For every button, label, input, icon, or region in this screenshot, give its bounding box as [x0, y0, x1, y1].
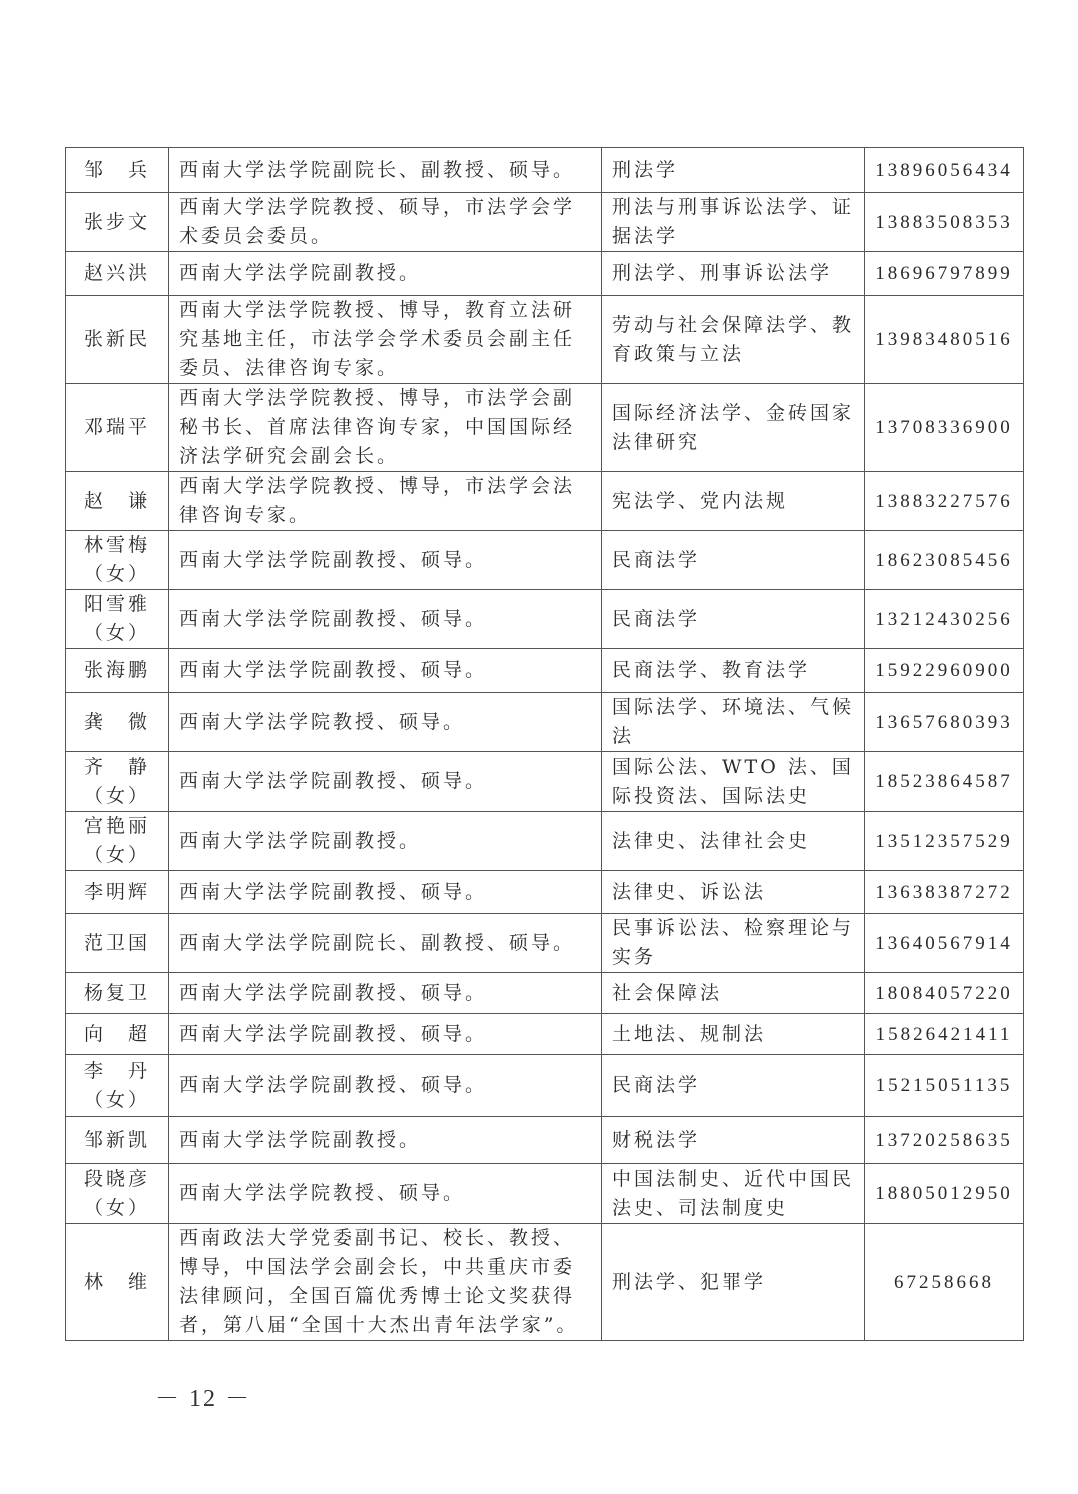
person-name: 林雪梅: [76, 531, 158, 560]
table-row: 张步文 西南大学法学院教授、硕导，市法学会学术委员会委员。 刑法与刑事诉讼法学、…: [66, 193, 1024, 252]
title-description-cell: 西南大学法学院副教授、硕导。: [169, 649, 602, 693]
phone-cell: 13640567914: [865, 914, 1024, 973]
phone-cell: 18523864587: [865, 752, 1024, 812]
person-name: 向 超: [76, 1020, 158, 1049]
name-cell: 宫艳丽 （女）: [66, 812, 169, 871]
person-name: 邹 兵: [76, 156, 158, 185]
person-name: 李明辉: [76, 878, 158, 907]
name-cell: 李 丹 （女）: [66, 1055, 169, 1117]
table-row: 林 维 西南政法大学党委副书记、校长、教授、博导，中国法学会副会长，中共重庆市委…: [66, 1224, 1024, 1341]
name-cell: 李明辉: [66, 871, 169, 914]
table-row: 齐 静 （女） 西南大学法学院副教授、硕导。 国际公法、WTO 法、国际投资法、…: [66, 752, 1024, 812]
table-row: 张新民 西南大学法学院教授、博导，教育立法研究基地主任，市法学会学术委员会副主任…: [66, 296, 1024, 384]
name-cell: 齐 静 （女）: [66, 752, 169, 812]
title-description-cell: 西南大学法学院副教授、硕导。: [169, 590, 602, 649]
research-field-cell: 刑法学: [602, 148, 865, 193]
gender-note: （女）: [76, 560, 158, 589]
table-row: 邹 兵 西南大学法学院副院长、副教授、硕导。 刑法学 13896056434: [66, 148, 1024, 193]
title-description-cell: 西南大学法学院副院长、副教授、硕导。: [169, 914, 602, 973]
research-field-cell: 民商法学: [602, 1055, 865, 1117]
table-row: 范卫国 西南大学法学院副院长、副教授、硕导。 民事诉讼法、检察理论与实务 136…: [66, 914, 1024, 973]
research-field-cell: 民商法学、教育法学: [602, 649, 865, 693]
gender-note: （女）: [76, 1086, 158, 1115]
phone-cell: 15922960900: [865, 649, 1024, 693]
table-row: 邓瑞平 西南大学法学院教授、博导，市法学会副秘书长、首席法律咨询专家，中国国际经…: [66, 384, 1024, 472]
phone-cell: 13896056434: [865, 148, 1024, 193]
person-name: 邹新凯: [76, 1126, 158, 1155]
phone-cell: 18805012950: [865, 1164, 1024, 1224]
roster-body: 邹 兵 西南大学法学院副院长、副教授、硕导。 刑法学 13896056434 张…: [66, 148, 1024, 1341]
phone-cell: 13512357529: [865, 812, 1024, 871]
document-page: 邹 兵 西南大学法学院副院长、副教授、硕导。 刑法学 13896056434 张…: [0, 0, 1078, 1494]
phone-cell: 13720258635: [865, 1117, 1024, 1164]
name-cell: 段晓彦 （女）: [66, 1164, 169, 1224]
table-row: 林雪梅 （女） 西南大学法学院副教授、硕导。 民商法学 18623085456: [66, 531, 1024, 590]
research-field-cell: 法律史、诉讼法: [602, 871, 865, 914]
phone-cell: 15215051135: [865, 1055, 1024, 1117]
title-description-cell: 西南政法大学党委副书记、校长、教授、博导，中国法学会副会长，中共重庆市委法律顾问…: [169, 1224, 602, 1341]
title-description-cell: 西南大学法学院教授、博导，市法学会副秘书长、首席法律咨询专家，中国国际经济法学研…: [169, 384, 602, 472]
expert-roster-table: 邹 兵 西南大学法学院副院长、副教授、硕导。 刑法学 13896056434 张…: [65, 147, 1024, 1341]
name-cell: 邓瑞平: [66, 384, 169, 472]
name-cell: 阳雪雅 （女）: [66, 590, 169, 649]
research-field-cell: 社会保障法: [602, 973, 865, 1014]
person-name: 齐 静: [76, 753, 158, 782]
name-cell: 范卫国: [66, 914, 169, 973]
name-cell: 张新民: [66, 296, 169, 384]
table-row: 阳雪雅 （女） 西南大学法学院副教授、硕导。 民商法学 13212430256: [66, 590, 1024, 649]
title-description-cell: 西南大学法学院副教授、硕导。: [169, 973, 602, 1014]
person-name: 段晓彦: [76, 1165, 158, 1194]
person-name: 张新民: [76, 325, 158, 354]
table-row: 张海鹏 西南大学法学院副教授、硕导。 民商法学、教育法学 15922960900: [66, 649, 1024, 693]
research-field-cell: 法律史、法律社会史: [602, 812, 865, 871]
gender-note: （女）: [76, 782, 158, 811]
person-name: 林 维: [76, 1268, 158, 1297]
phone-cell: 13638387272: [865, 871, 1024, 914]
title-description-cell: 西南大学法学院教授、硕导。: [169, 1164, 602, 1224]
name-cell: 张海鹏: [66, 649, 169, 693]
title-description-cell: 西南大学法学院副教授、硕导。: [169, 752, 602, 812]
name-cell: 杨复卫: [66, 973, 169, 1014]
person-name: 阳雪雅: [76, 590, 158, 619]
phone-cell: 15826421411: [865, 1014, 1024, 1055]
research-field-cell: 国际公法、WTO 法、国际投资法、国际法史: [602, 752, 865, 812]
research-field-cell: 宪法学、党内法规: [602, 472, 865, 531]
table-row: 李明辉 西南大学法学院副教授、硕导。 法律史、诉讼法 13638387272: [66, 871, 1024, 914]
phone-cell: 18623085456: [865, 531, 1024, 590]
title-description-cell: 西南大学法学院副院长、副教授、硕导。: [169, 148, 602, 193]
person-name: 赵 谦: [76, 487, 158, 516]
name-cell: 赵兴洪: [66, 252, 169, 296]
title-description-cell: 西南大学法学院副教授、硕导。: [169, 1055, 602, 1117]
person-name: 赵兴洪: [76, 259, 158, 288]
table-row: 赵 谦 西南大学法学院教授、博导，市法学会法律咨询专家。 宪法学、党内法规 13…: [66, 472, 1024, 531]
research-field-cell: 刑法学、犯罪学: [602, 1224, 865, 1341]
title-description-cell: 西南大学法学院教授、博导，教育立法研究基地主任，市法学会学术委员会副主任委员、法…: [169, 296, 602, 384]
table-row: 宫艳丽 （女） 西南大学法学院副教授。 法律史、法律社会史 1351235752…: [66, 812, 1024, 871]
person-name: 龚 微: [76, 708, 158, 737]
name-cell: 龚 微: [66, 693, 169, 752]
person-name: 宫艳丽: [76, 812, 158, 841]
title-description-cell: 西南大学法学院教授、硕导。: [169, 693, 602, 752]
name-cell: 邹新凯: [66, 1117, 169, 1164]
table-row: 向 超 西南大学法学院副教授、硕导。 土地法、规制法 15826421411: [66, 1014, 1024, 1055]
name-cell: 林雪梅 （女）: [66, 531, 169, 590]
title-description-cell: 西南大学法学院教授、博导，市法学会法律咨询专家。: [169, 472, 602, 531]
person-name: 杨复卫: [76, 979, 158, 1008]
research-field-cell: 国际经济法学、金砖国家法律研究: [602, 384, 865, 472]
page-number: － 12 －: [155, 1378, 251, 1413]
person-name: 张步文: [76, 208, 158, 237]
research-field-cell: 土地法、规制法: [602, 1014, 865, 1055]
phone-cell: 13708336900: [865, 384, 1024, 472]
phone-cell: 13883227576: [865, 472, 1024, 531]
research-field-cell: 国际法学、环境法、气候法: [602, 693, 865, 752]
name-cell: 向 超: [66, 1014, 169, 1055]
table-row: 邹新凯 西南大学法学院副教授。 财税法学 13720258635: [66, 1117, 1024, 1164]
research-field-cell: 财税法学: [602, 1117, 865, 1164]
research-field-cell: 中国法制史、近代中国民法史、司法制度史: [602, 1164, 865, 1224]
title-description-cell: 西南大学法学院副教授。: [169, 1117, 602, 1164]
gender-note: （女）: [76, 1194, 158, 1223]
title-description-cell: 西南大学法学院教授、硕导，市法学会学术委员会委员。: [169, 193, 602, 252]
phone-cell: 18696797899: [865, 252, 1024, 296]
table-row: 杨复卫 西南大学法学院副教授、硕导。 社会保障法 18084057220: [66, 973, 1024, 1014]
table-row: 段晓彦 （女） 西南大学法学院教授、硕导。 中国法制史、近代中国民法史、司法制度…: [66, 1164, 1024, 1224]
name-cell: 赵 谦: [66, 472, 169, 531]
gender-note: （女）: [76, 841, 158, 870]
table-row: 李 丹 （女） 西南大学法学院副教授、硕导。 民商法学 15215051135: [66, 1055, 1024, 1117]
title-description-cell: 西南大学法学院副教授、硕导。: [169, 531, 602, 590]
title-description-cell: 西南大学法学院副教授、硕导。: [169, 1014, 602, 1055]
title-description-cell: 西南大学法学院副教授。: [169, 812, 602, 871]
person-name: 邓瑞平: [76, 413, 158, 442]
person-name: 李 丹: [76, 1057, 158, 1086]
phone-cell: 13983480516: [865, 296, 1024, 384]
person-name: 范卫国: [76, 929, 158, 958]
research-field-cell: 刑法学、刑事诉讼法学: [602, 252, 865, 296]
phone-cell: 67258668: [865, 1224, 1024, 1341]
name-cell: 张步文: [66, 193, 169, 252]
name-cell: 林 维: [66, 1224, 169, 1341]
phone-cell: 18084057220: [865, 973, 1024, 1014]
phone-cell: 13657680393: [865, 693, 1024, 752]
phone-cell: 13212430256: [865, 590, 1024, 649]
research-field-cell: 劳动与社会保障法学、教育政策与立法: [602, 296, 865, 384]
name-cell: 邹 兵: [66, 148, 169, 193]
research-field-cell: 民事诉讼法、检察理论与实务: [602, 914, 865, 973]
research-field-cell: 刑法与刑事诉讼法学、证据法学: [602, 193, 865, 252]
title-description-cell: 西南大学法学院副教授、硕导。: [169, 871, 602, 914]
table-row: 赵兴洪 西南大学法学院副教授。 刑法学、刑事诉讼法学 18696797899: [66, 252, 1024, 296]
research-field-cell: 民商法学: [602, 531, 865, 590]
gender-note: （女）: [76, 619, 158, 648]
research-field-cell: 民商法学: [602, 590, 865, 649]
table-row: 龚 微 西南大学法学院教授、硕导。 国际法学、环境法、气候法 136576803…: [66, 693, 1024, 752]
person-name: 张海鹏: [76, 656, 158, 685]
phone-cell: 13883508353: [865, 193, 1024, 252]
title-description-cell: 西南大学法学院副教授。: [169, 252, 602, 296]
